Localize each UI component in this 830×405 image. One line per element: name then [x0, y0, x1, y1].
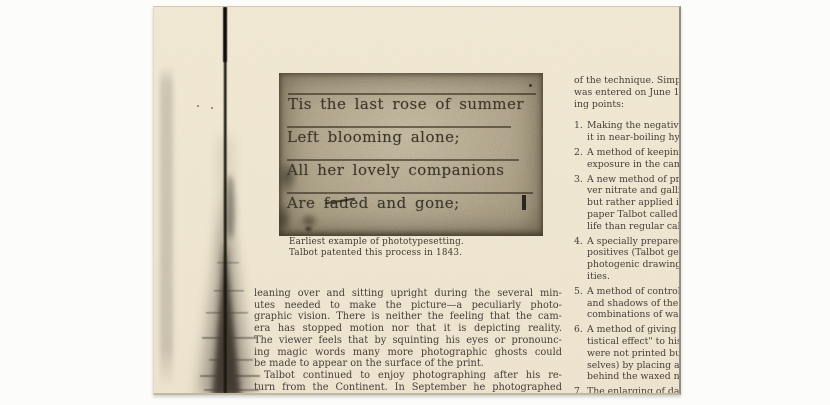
list-item-number: 5. — [574, 286, 587, 321]
right-column-line: tistical effect" to his — [587, 336, 681, 348]
right-column-line: Making the negative — [587, 120, 681, 132]
list-item: 7. The enlarging of dagu — [574, 386, 681, 395]
right-column-line: life than regular calo — [587, 221, 681, 233]
paper-speck — [211, 107, 213, 109]
photo-text-line: Left blooming alone; — [287, 126, 511, 146]
photo-end-bar — [522, 195, 526, 210]
list-item: 5. A method of controlli and shadows of … — [574, 286, 681, 321]
photo-dot — [529, 84, 532, 87]
list-item-text: Making the negative it in near-boiling h… — [587, 120, 681, 144]
body-text-column: leaning over and sitting upright during … — [254, 288, 562, 393]
list-item: 1. Making the negative it in near-boilin… — [574, 120, 681, 144]
list-item-text: A method of keeping exposure in the came — [587, 147, 681, 171]
body-text-line: leaning over and sitting upright during … — [254, 288, 562, 300]
right-column-line: and shadows of the — [587, 298, 681, 310]
right-column-line: A method of giving — [587, 324, 681, 336]
right-text-column: of the technique. Simply was entered on … — [574, 75, 681, 395]
body-text-line: The viewer feels that by squinting his e… — [254, 335, 562, 347]
photo-smudge — [302, 224, 315, 234]
list-item: 6. A method of giving tistical effect" t… — [574, 324, 681, 383]
right-column-line: ver nitrate and gallic — [587, 185, 681, 197]
right-column-line: exposure in the came — [587, 159, 681, 171]
body-text-line: turn from the Continent. In September he… — [254, 382, 562, 394]
phototype-specimen-photo: Tis the last rose of summer Left bloomin… — [279, 73, 543, 236]
right-column-line: were not printed but — [587, 348, 681, 360]
photo-caption: Earliest example of phototypesetting. Ta… — [289, 237, 464, 258]
right-column-line: A method of keeping — [587, 147, 681, 159]
list-item: 3. A new method of pre ver nitrate and g… — [574, 174, 681, 233]
photo-text-line: Are faded and gone; — [287, 192, 533, 212]
right-column-line: of the technique. Simply — [574, 75, 681, 87]
body-text-line: utes needed to make the picture—a peculi… — [254, 300, 562, 312]
right-column-line: ities. — [587, 271, 681, 283]
body-text-line: era has stopped motion nor that it is de… — [254, 323, 562, 335]
list-item-number: 7. — [574, 386, 587, 395]
right-column-intro: of the technique. Simply was entered on … — [574, 75, 681, 110]
list-item-number: 1. — [574, 120, 587, 144]
list-item-text: A method of controlli and shadows of the… — [587, 286, 681, 321]
body-text-line: ing magic words many more photographic g… — [254, 347, 562, 359]
list-item-text: A new method of pre ver nitrate and gall… — [587, 174, 681, 233]
photo-text-line: Tis the last rose of summer — [288, 93, 536, 113]
right-column-line: behind the waxed ne — [587, 371, 681, 383]
right-column-line: selves) by placing a — [587, 360, 681, 372]
list-item-text: A specially prepared positives (Talbot g… — [587, 236, 681, 283]
list-item-number: 3. — [574, 174, 587, 233]
list-item-text: The enlarging of dagu — [587, 386, 681, 395]
right-column-line: positives (Talbot ge — [587, 247, 681, 259]
right-column-line: combinations of was — [587, 309, 681, 321]
right-column-line: The enlarging of dagu — [587, 386, 681, 395]
right-column-line: A specially prepared — [587, 236, 681, 248]
photo-text-line: All her lovely companions — [287, 159, 519, 179]
caption-line: Earliest example of phototypesetting. — [289, 237, 464, 248]
right-column-line: photogenic drawing p — [587, 259, 681, 271]
list-item: 2. A method of keeping exposure in the c… — [574, 147, 681, 171]
list-item-number: 6. — [574, 324, 587, 383]
list-item-number: 4. — [574, 236, 587, 283]
list-item-text: A method of giving tistical effect" to h… — [587, 324, 681, 383]
right-column-line: but rather applied in — [587, 197, 681, 209]
list-item-number: 2. — [574, 147, 587, 171]
right-column-line: ing points: — [574, 99, 681, 111]
right-column-line: A method of controlli — [587, 286, 681, 298]
list-item: 4. A specially prepared positives (Talbo… — [574, 236, 681, 283]
scanner-background: Tis the last rose of summer Left bloomin… — [0, 0, 830, 405]
right-column-line: it in near-boiling hyp — [587, 132, 681, 144]
right-column-line: paper Talbot called it — [587, 209, 681, 221]
caption-line: Talbot patented this process in 1843. — [289, 248, 464, 259]
book-scan-page: Tis the last rose of summer Left bloomin… — [153, 6, 681, 395]
gutter-band — [160, 65, 173, 387]
body-text-line: graphic vision. There is neither the fee… — [254, 311, 562, 323]
body-text-line: be made to appear on the surface of the … — [254, 358, 562, 370]
body-text-line: Talbot continued to enjoy photographing … — [254, 370, 562, 382]
right-column-line: A new method of pre — [587, 174, 681, 186]
paper-speck — [197, 105, 199, 107]
right-column-line: was entered on June 1, 1 — [574, 87, 681, 99]
